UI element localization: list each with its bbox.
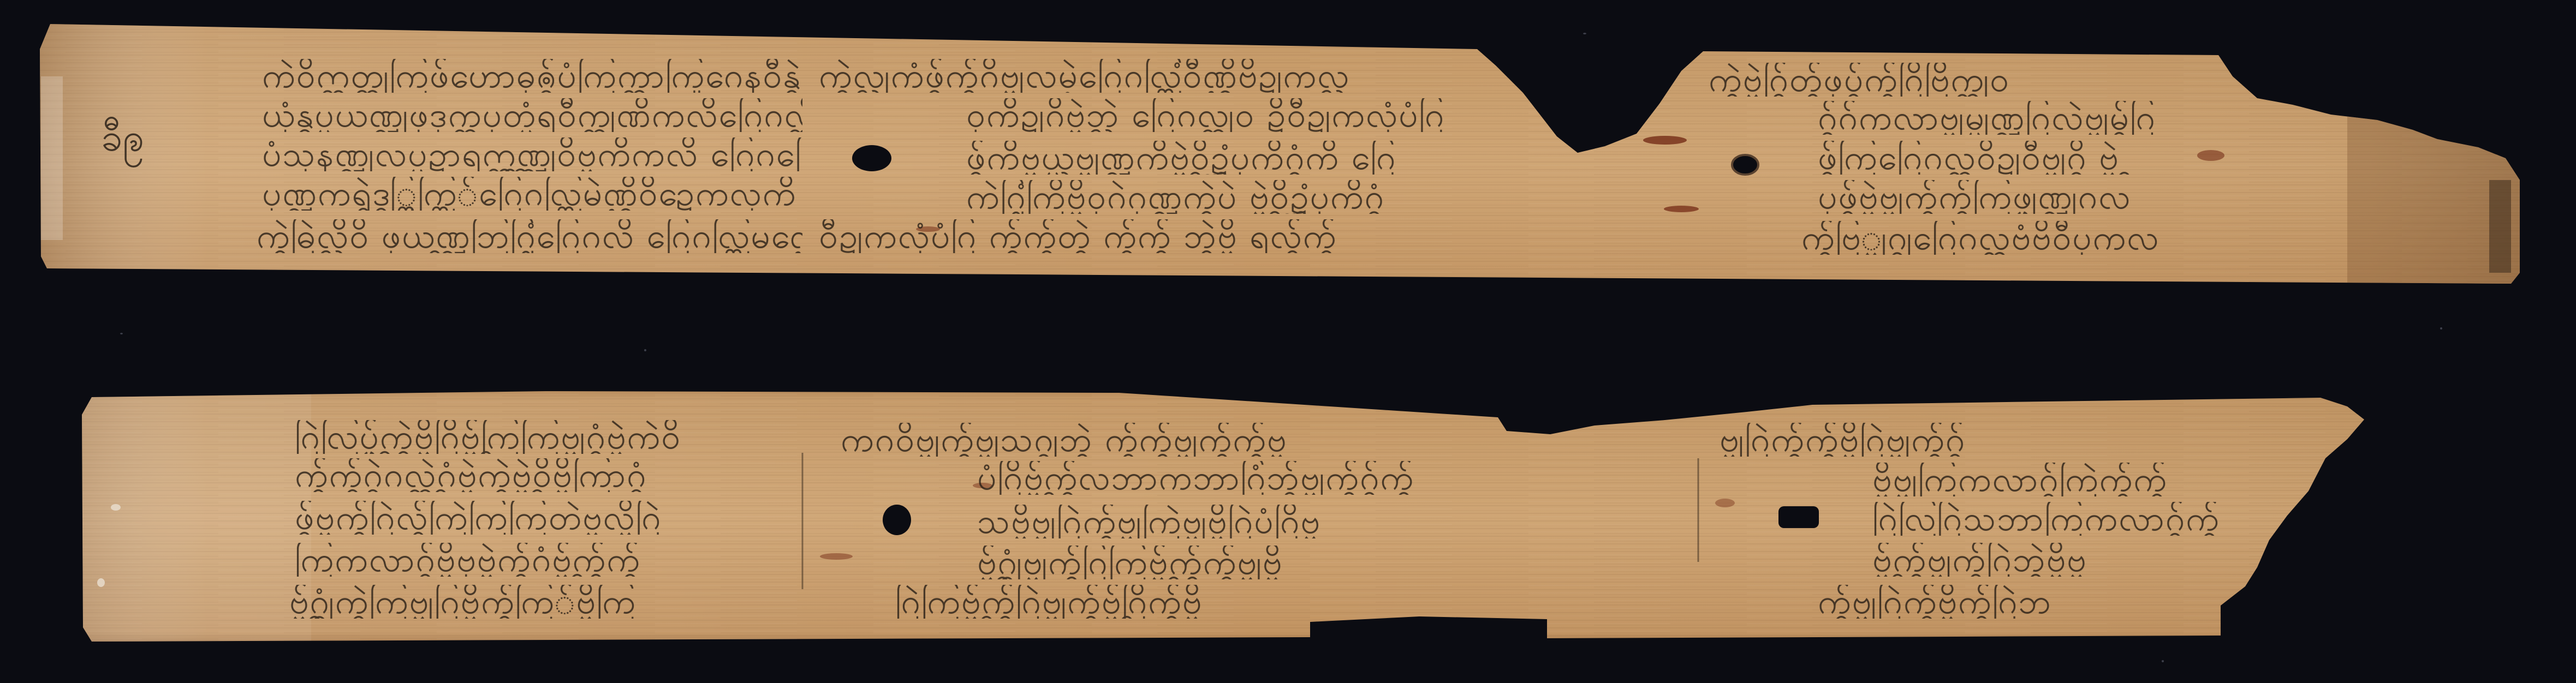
stain: [1715, 499, 1735, 507]
top-leaf: [0, 0, 2576, 327]
stain: [1664, 206, 1699, 212]
string-hole: [852, 145, 891, 171]
manuscript-leaves: [0, 0, 2576, 683]
bottom-leaf: [0, 382, 2576, 655]
string-hole: [1732, 155, 1758, 175]
stain: [820, 553, 853, 560]
string-hole: [883, 505, 911, 535]
stain: [1643, 136, 1687, 145]
stain: [916, 226, 940, 232]
stain: [2197, 150, 2224, 161]
stain: [973, 483, 992, 488]
string-hole: [1778, 506, 1819, 528]
photo-scene: ခီဨ ကဲဝိဣတ္တုကြဖ်ဟောဓုၐ္ဂ်ပံကြက္ကာကြုဂေန…: [0, 0, 2576, 683]
